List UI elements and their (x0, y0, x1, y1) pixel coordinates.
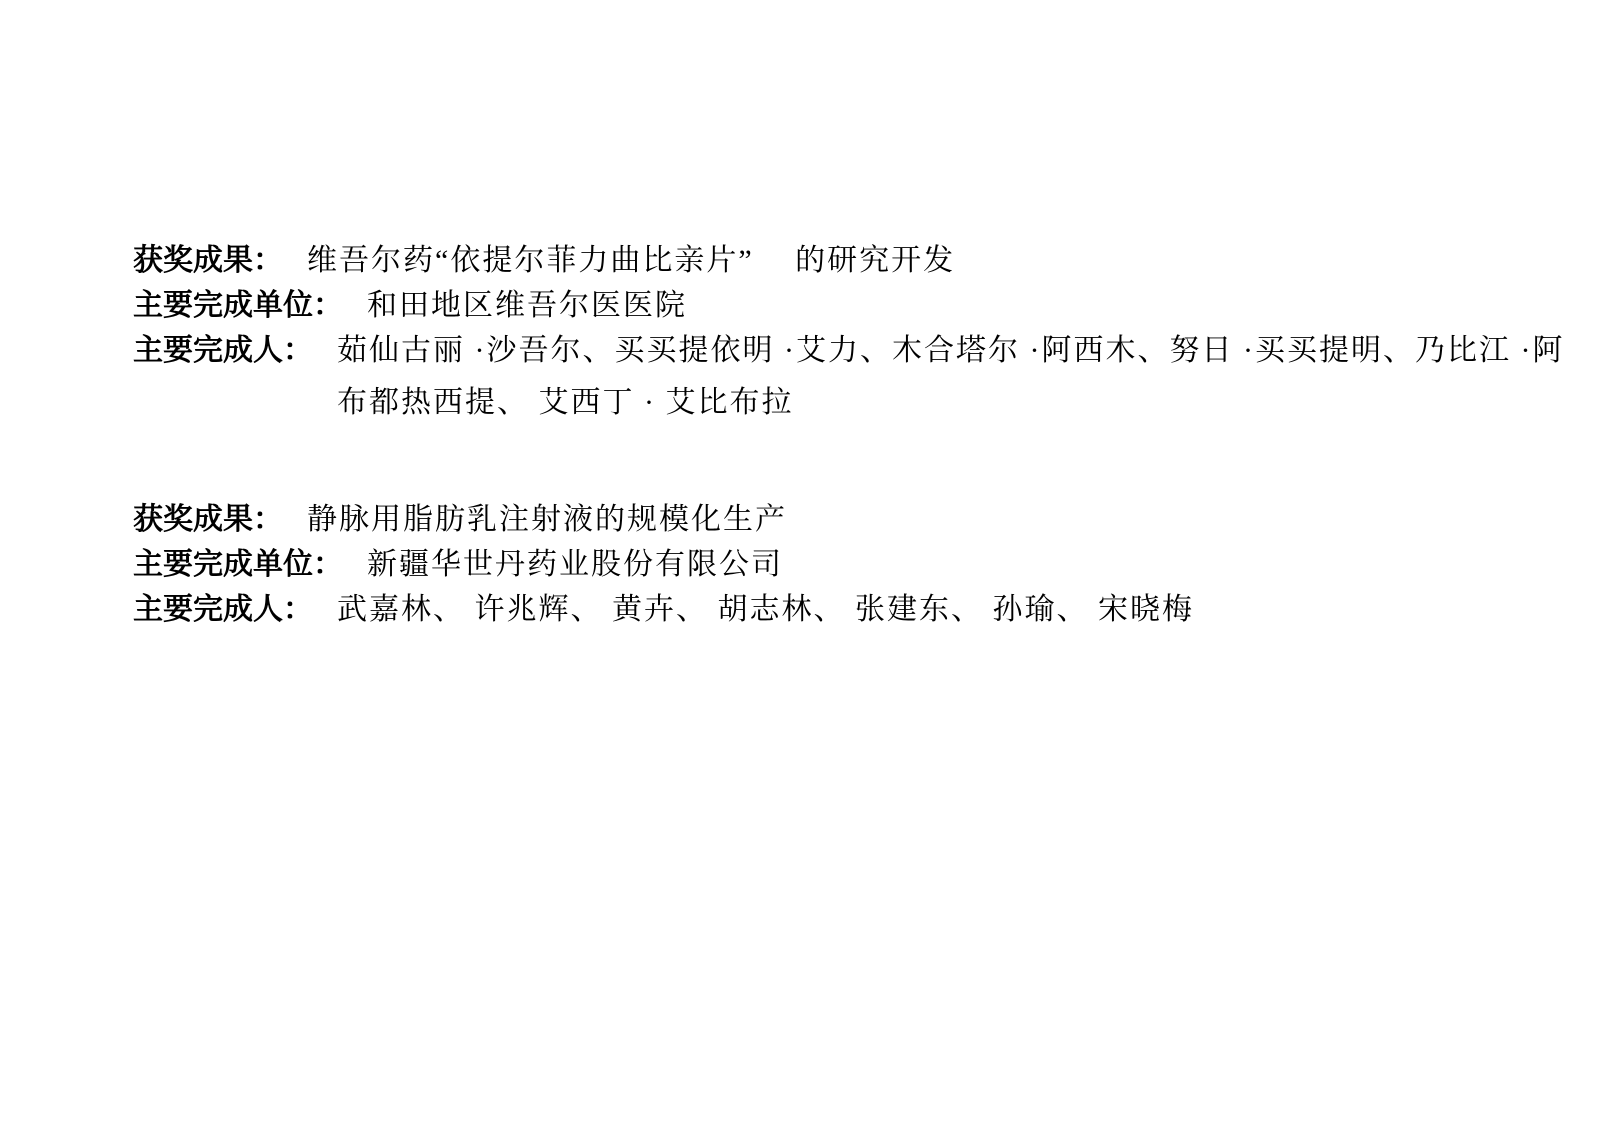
unit-value: 和田地区维吾尔医医院 (367, 283, 1573, 328)
unit-label: 主要完成单位： (133, 542, 343, 587)
award-entry-2: 获奖成果： 静脉用脂肪乳注射液的规模化生产 主要完成单位： 新疆华世丹药业股份有… (133, 497, 1573, 632)
award-row: 获奖成果： 维吾尔药“依提尔菲力曲比亲片” 的研究开发 (133, 238, 1573, 283)
award-value-block: 维吾尔药“依提尔菲力曲比亲片” 的研究开发 (307, 238, 1573, 283)
unit-row: 主要完成单位： 新疆华世丹药业股份有限公司 (133, 542, 1573, 587)
persons-value-line1: 茹仙古丽 ·沙吾尔、买买提依明 ·艾力、木合塔尔 ·阿西木、努日 ·买买提明、乃… (337, 328, 1573, 373)
award-row: 获奖成果： 静脉用脂肪乳注射液的规模化生产 (133, 497, 1573, 542)
persons-label: 主要完成人： (133, 587, 313, 632)
document-content: 获奖成果： 维吾尔药“依提尔菲力曲比亲片” 的研究开发 主要完成单位： 和田地区… (133, 238, 1573, 632)
persons-value-block: 茹仙古丽 ·沙吾尔、买买提依明 ·艾力、木合塔尔 ·阿西木、努日 ·买买提明、乃… (337, 328, 1573, 425)
document-page: 获奖成果： 维吾尔药“依提尔菲力曲比亲片” 的研究开发 主要完成单位： 和田地区… (0, 0, 1600, 1131)
award-value-block: 静脉用脂肪乳注射液的规模化生产 (307, 497, 1573, 542)
unit-label: 主要完成单位： (133, 283, 343, 328)
persons-value-line2: 布都热西提、 艾西丁 · 艾比布拉 (337, 380, 1573, 425)
award-label: 获奖成果： (133, 238, 283, 283)
persons-row: 主要完成人： 武嘉林、 许兆辉、 黄卉、 胡志林、 张建东、 孙瑜、 宋晓梅 (133, 587, 1573, 632)
persons-row: 主要完成人： 茹仙古丽 ·沙吾尔、买买提依明 ·艾力、木合塔尔 ·阿西木、努日 … (133, 328, 1573, 425)
award-entry-1: 获奖成果： 维吾尔药“依提尔菲力曲比亲片” 的研究开发 主要完成单位： 和田地区… (133, 238, 1573, 425)
unit-value-block: 和田地区维吾尔医医院 (367, 283, 1573, 328)
unit-row: 主要完成单位： 和田地区维吾尔医医院 (133, 283, 1573, 328)
unit-value: 新疆华世丹药业股份有限公司 (367, 542, 1573, 587)
award-title: 维吾尔药“依提尔菲力曲比亲片” 的研究开发 (307, 238, 1573, 283)
award-label: 获奖成果： (133, 497, 283, 542)
award-title: 静脉用脂肪乳注射液的规模化生产 (307, 497, 1573, 542)
persons-value-block: 武嘉林、 许兆辉、 黄卉、 胡志林、 张建东、 孙瑜、 宋晓梅 (337, 587, 1573, 632)
persons-value-line1: 武嘉林、 许兆辉、 黄卉、 胡志林、 张建东、 孙瑜、 宋晓梅 (337, 587, 1573, 632)
unit-value-block: 新疆华世丹药业股份有限公司 (367, 542, 1573, 587)
persons-label: 主要完成人： (133, 328, 313, 373)
